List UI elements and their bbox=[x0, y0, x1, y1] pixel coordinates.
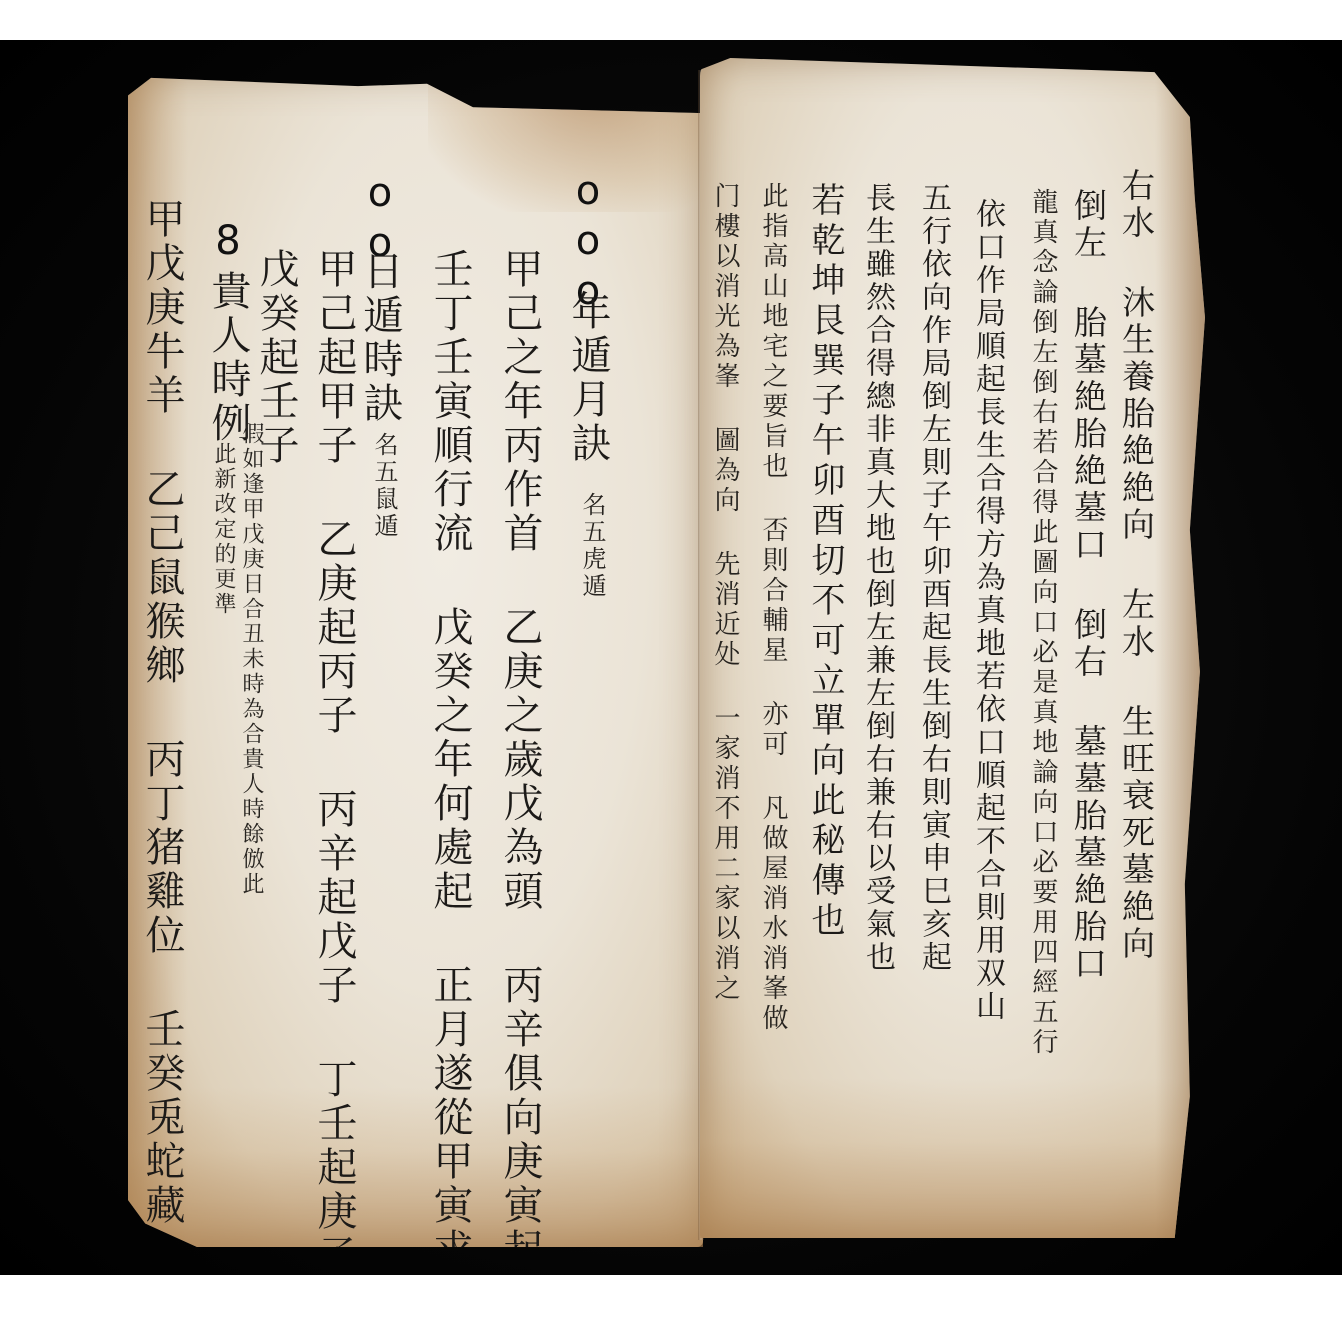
text-column-9: 门樓以消光為峯 圖為向 先消近处 一家消不用二家以消之 bbox=[712, 182, 738, 1004]
heading-marker-noble: 8 bbox=[208, 218, 248, 268]
text-column-6: 長生雖然合得總非真大地也倒左兼左倒右兼右以受氣也 bbox=[862, 182, 892, 974]
verse-column-2: 壬丁壬寅順行流 戊癸之年何處起 正月遂從甲寅求 bbox=[430, 248, 470, 1272]
text-column-8: 此指高山地宅之要旨也 否則合輔星 亦可 凡做屋消水消峯做 bbox=[760, 182, 786, 1034]
note-newly-revised: 此新改定的更準 bbox=[212, 442, 234, 617]
heading-noble-hour-rule: 貴人時例 bbox=[208, 270, 248, 446]
text-column-3: 龍真念論倒左倒右若合得此圖向口必是真地論向口必要用四經五行 bbox=[1030, 188, 1056, 1058]
heading-day-hour-formula: 日遁時訣 bbox=[360, 250, 400, 426]
text-column-2: 倒左 胎墓絶胎絶墓口 倒右 墓墓胎墓絶胎口 bbox=[1072, 188, 1105, 983]
text-column-5: 五行依向作局倒左則子午卯酉起長生倒右則寅申巳亥起 bbox=[918, 182, 948, 974]
verse-column-3: 甲己起甲子 乙庚起丙子 丙辛起戊子 丁壬起庚子 bbox=[314, 248, 354, 1278]
verse-column-1: 甲己之年丙作首 乙庚之歲戊為頭 丙辛俱向庚寅起 bbox=[500, 248, 540, 1272]
text-column-7: 若乾坤艮巽子午卯酉切不可立單向此秘傳也 bbox=[808, 182, 842, 942]
heading-year-month-formula: 年遁月訣 bbox=[568, 290, 608, 466]
text-column-4: 依口作局順起長生合得方為真地若依口順起不合則用双山 bbox=[972, 198, 1002, 1023]
note-example: 假如逢甲戊庚日合丑未時為合貴人時餘倣此 bbox=[240, 422, 262, 897]
left-page: ooo 年遁月訣 名五虎遁 甲己之年丙作首 乙庚之歲戊為頭 丙辛俱向庚寅起 壬丁… bbox=[128, 72, 703, 1247]
text-column-1: 右水 沐生養胎絶絶向 左水 生旺衰死墓絶向 bbox=[1120, 168, 1153, 963]
right-page: 右水 沐生養胎絶絶向 左水 生旺衰死墓絶向 倒左 胎墓絶胎絶墓口 倒右 墓墓胎墓… bbox=[700, 58, 1205, 1238]
heading-subtitle-five-rat: 名五鼠遁 bbox=[372, 432, 396, 540]
water-stain-bottom bbox=[128, 1087, 703, 1247]
water-stain-bottom bbox=[700, 1078, 1205, 1238]
verse-column-5: 甲戊庚牛羊 乙己鼠猴鄉 丙丁猪雞位 壬癸兎蛇藏 bbox=[142, 198, 182, 1228]
heading-subtitle-five-tiger: 名五虎遁 bbox=[580, 492, 604, 600]
